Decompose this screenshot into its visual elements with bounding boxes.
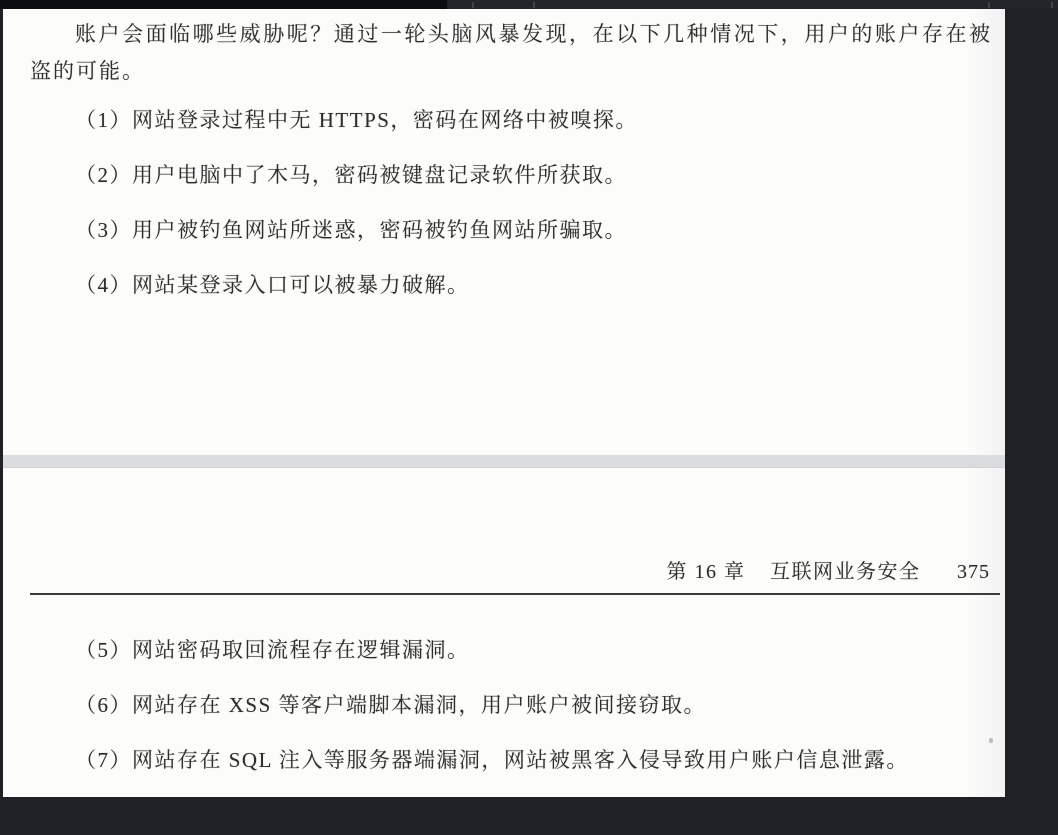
intro-paragraph: 账户会面临哪些威胁呢？通过一轮头脑风暴发现，在以下几种情况下，用户的账户存在被盗… — [30, 16, 992, 90]
top-bar-separator — [1051, 2, 1053, 8]
running-header-rule — [30, 593, 1000, 595]
page-number: 375 — [957, 561, 990, 583]
threat-list-item-1: （1）网站登录过程中无 HTTPS，密码在网络中被嗅探。 — [75, 108, 995, 132]
document-page-374-bottom[interactable]: 账户会面临哪些威胁呢？通过一轮头脑风暴发现，在以下几种情况下，用户的账户存在被盗… — [3, 9, 1005, 455]
top-bar-separator — [533, 2, 535, 8]
viewer-stage: 账户会面临哪些威胁呢？通过一轮头脑风暴发现，在以下几种情况下，用户的账户存在被盗… — [0, 0, 1058, 835]
page-separator-gap — [3, 455, 1005, 468]
threat-list-item-7: （7）网站存在 SQL 注入等服务器端漏洞，网站被黑客入侵导致用户账户信息泄露。 — [75, 748, 995, 772]
threat-list-item-6: （6）网站存在 XSS 等客户端脚本漏洞，用户账户被间接窃取。 — [75, 693, 995, 717]
threat-list-item-2: （2）用户电脑中了木马，密码被键盘记录软件所获取。 — [75, 163, 995, 187]
chapter-title: 互联网业务安全 — [770, 561, 921, 583]
document-page-375-top[interactable]: 第 16 章 互联网业务安全 375 （5）网站密码取回流程存在逻辑漏洞。 （6… — [3, 468, 1005, 797]
chapter-label: 第 16 章 — [667, 561, 746, 583]
scan-artifact — [989, 738, 993, 743]
threat-list-item-5: （5）网站密码取回流程存在逻辑漏洞。 — [75, 638, 995, 662]
running-header: 第 16 章 互联网业务安全 375 — [3, 560, 990, 584]
threat-list-item-4: （4）网站某登录入口可以被暴力破解。 — [75, 273, 995, 297]
top-bar-separator — [988, 2, 990, 8]
top-bar-dark-segment — [0, 0, 447, 9]
viewer-top-bar — [0, 0, 1058, 9]
threat-list-item-3: （3）用户被钓鱼网站所迷惑，密码被钓鱼网站所骗取。 — [75, 218, 995, 242]
top-bar-separator — [472, 2, 474, 8]
